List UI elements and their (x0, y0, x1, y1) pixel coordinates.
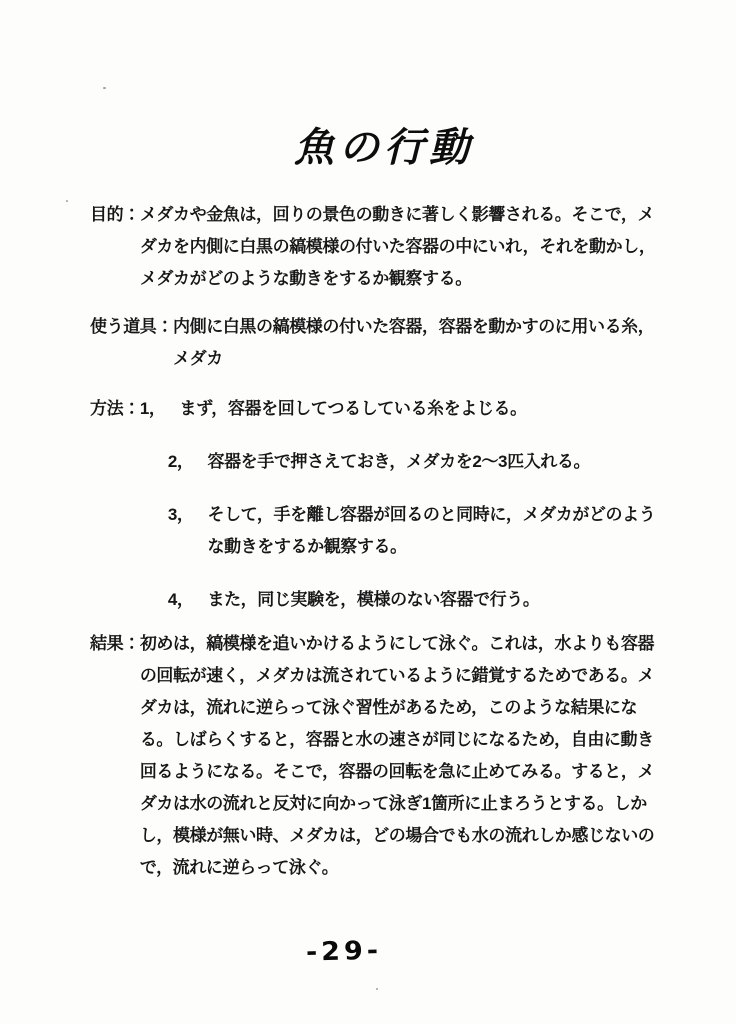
tools-text: 内側に白黒の縞模様の付いた容器，容器を動かすのに用いる糸，メダカ (173, 311, 662, 375)
method-step-4: 4， また，同じ実験を，模様のない容器で行う。 (168, 584, 662, 616)
result-text: 初めは，縞模様を追いかけるようにして泳ぐ。これは，水よりも容器の回転が速く，メダ… (140, 628, 662, 884)
method-step-3: 3， そして，手を離し容器が回るのと同時に，メダカがどのような動きをするか観察す… (168, 499, 662, 563)
step-text: そして，手を離し容器が回るのと同時に，メダカがどのような動きをするか観察する。 (207, 499, 662, 563)
section-tools: 使う道具： 内側に白黒の縞模様の付いた容器，容器を動かすのに用いる糸，メダカ (90, 311, 662, 375)
page-title: 魚の行動 (98, 116, 670, 173)
step-text: また，同じ実験を，模様のない容器で行う。 (207, 584, 662, 616)
result-label: 結果： (90, 628, 140, 660)
scan-speck (552, 509, 554, 511)
method-label: 方法： (90, 393, 140, 425)
document-content: 魚の行動 目的： メダカや金魚は，回りの景色の動きに著しく影響される。そこで，メ… (90, 0, 662, 884)
purpose-text: メダカや金魚は，回りの景色の動きに著しく影響される。そこで，メダカを内側に白黒の… (140, 199, 662, 295)
step-number: 4， (168, 584, 208, 616)
purpose-label: 目的： (90, 199, 140, 231)
step-number: 2， (168, 446, 208, 478)
tools-label: 使う道具： (90, 311, 173, 343)
scan-speck (376, 988, 378, 990)
section-purpose: 目的： メダカや金魚は，回りの景色の動きに著しく影響される。そこで，メダカを内側… (90, 199, 662, 295)
section-method: 方法： 1， まず，容器を回してつるしている糸をよじる。 2， 容器を手で押さえ… (90, 393, 662, 616)
section-result: 結果： 初めは，縞模様を追いかけるようにして泳ぐ。これは，水よりも容器の回転が速… (90, 628, 662, 884)
method-steps: 1， まず，容器を回してつるしている糸をよじる。 2， 容器を手で押さえておき，… (140, 393, 662, 616)
method-step-2: 2， 容器を手で押さえておき，メダカを2～3匹入れる。 (168, 446, 662, 478)
scan-speck (66, 200, 68, 202)
handwritten-page-number: -29- (306, 936, 383, 967)
step-text: まず，容器を回してつるしている糸をよじる。 (179, 393, 662, 425)
method-step-1: 1， まず，容器を回してつるしている糸をよじる。 (140, 393, 662, 425)
scan-speck (103, 87, 106, 89)
scanned-document-page: 魚の行動 目的： メダカや金魚は，回りの景色の動きに著しく影響される。そこで，メ… (0, 0, 736, 1024)
step-number: 1， (140, 393, 180, 425)
step-number: 3， (168, 499, 208, 531)
step-text: 容器を手で押さえておき，メダカを2～3匹入れる。 (207, 446, 662, 478)
